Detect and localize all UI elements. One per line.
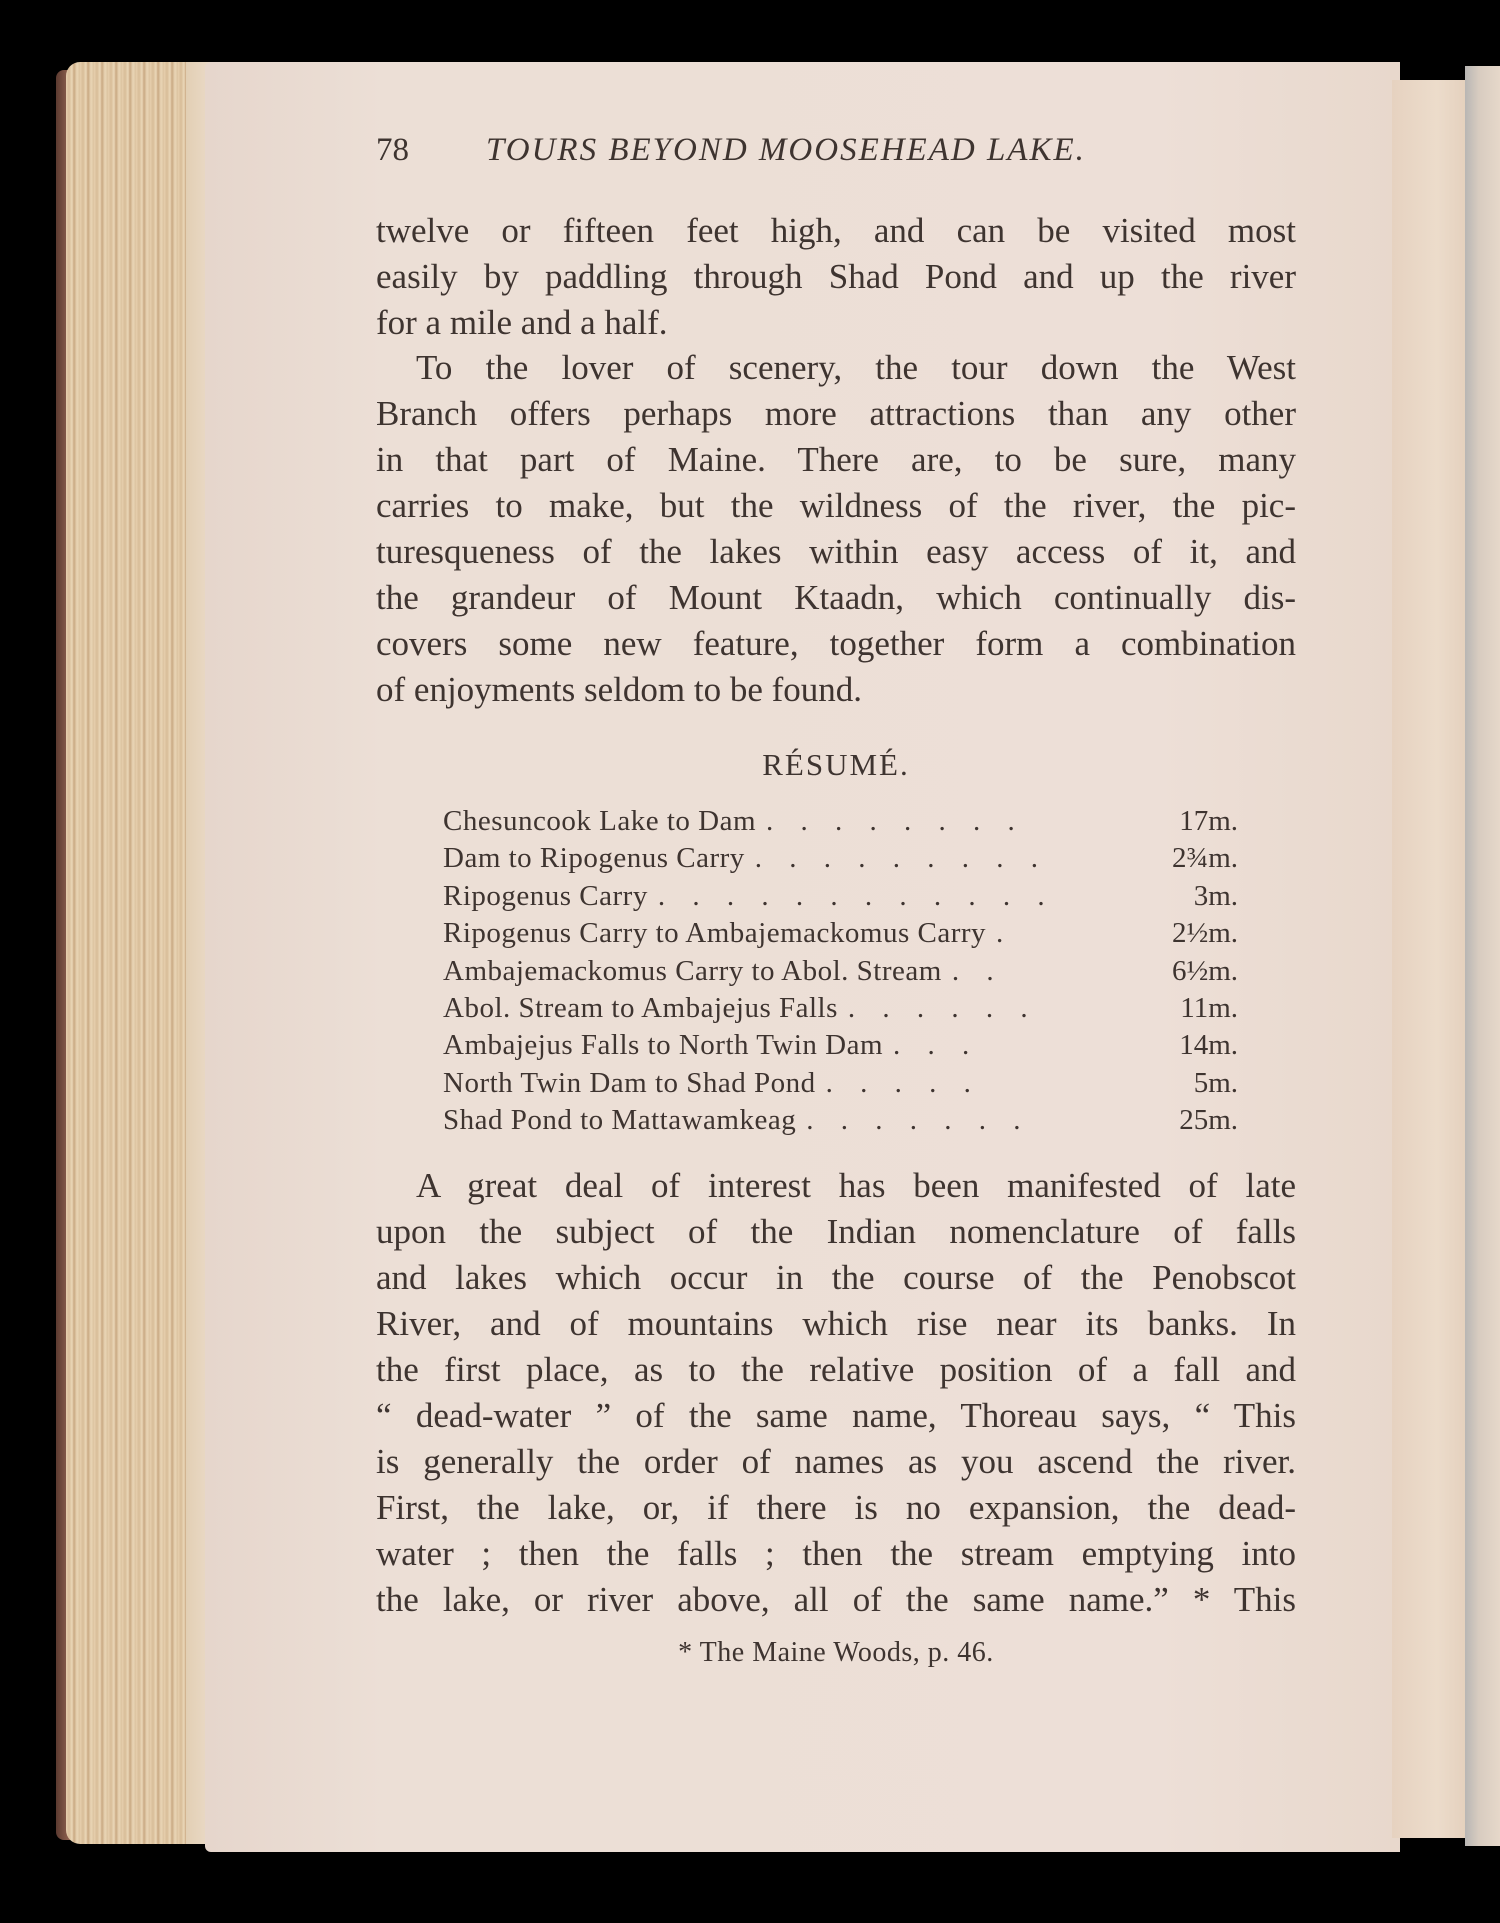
facing-page-edge: [1392, 80, 1467, 1838]
route-name: Ambajejus Falls to North Twin Dam: [443, 1027, 883, 1064]
route-distance: 11m.: [1168, 990, 1238, 1027]
resume-row: North Twin Dam to Shad Pond . . . . . 5m…: [443, 1065, 1238, 1102]
dot-leader: . . .: [883, 1027, 1168, 1064]
dot-leader: . . . . . .: [838, 990, 1168, 1027]
dot-leader: . .: [942, 953, 1168, 990]
text-line: River, and of mountains which rise near …: [376, 1301, 1296, 1347]
resume-row: Shad Pond to Mattawamkeag . . . . . . . …: [443, 1102, 1238, 1139]
text-line: First, the lake, or, if there is no expa…: [376, 1485, 1296, 1531]
text-line: the grandeur of Mount Ktaadn, which cont…: [376, 575, 1296, 621]
route-distance: 5m.: [1168, 1065, 1238, 1102]
resume-row: Dam to Ripogenus Carry . . . . . . . . .…: [443, 840, 1238, 877]
page-stack-edges: [66, 62, 216, 1844]
footnote: * The Maine Woods, p. 46.: [376, 1635, 1296, 1671]
facing-page-stack: [1465, 66, 1500, 1846]
route-distance: 6½m.: [1168, 953, 1238, 990]
route-name: Ripogenus Carry to Ambajemackomus Carry: [443, 915, 986, 952]
paragraph-2: To the lover of scenery, the tour down t…: [376, 345, 1296, 713]
dot-leader: .: [986, 915, 1168, 952]
text-line: in that part of Maine. There are, to be …: [376, 437, 1296, 483]
text-line: and lakes which occur in the course of t…: [376, 1255, 1296, 1301]
text-line: the first place, as to the relative posi…: [376, 1347, 1296, 1393]
text-line: the lake, or river above, all of the sam…: [376, 1577, 1296, 1623]
dot-leader: . . . . . . . .: [756, 803, 1168, 840]
route-name: Chesuncook Lake to Dam: [443, 803, 756, 840]
text-line: easily by paddling through Shad Pond and…: [376, 254, 1296, 300]
dot-leader: . . . . . . . . . . . .: [648, 878, 1168, 915]
text-line: Branch offers perhaps more attractions t…: [376, 391, 1296, 437]
route-distance: 2¾m.: [1168, 840, 1238, 877]
resume-row: Ambajemackomus Carry to Abol. Stream . .…: [443, 953, 1238, 990]
text-line: turesqueness of the lakes within easy ac…: [376, 529, 1296, 575]
route-name: Ripogenus Carry: [443, 878, 648, 915]
route-distance: 17m.: [1168, 803, 1238, 840]
route-name: Dam to Ripogenus Carry: [443, 840, 745, 877]
resume-row: Chesuncook Lake to Dam . . . . . . . . 1…: [443, 803, 1238, 840]
text-line: is generally the order of names as you a…: [376, 1439, 1296, 1485]
route-distance: 2½m.: [1168, 915, 1238, 952]
dot-leader: . . . . .: [816, 1065, 1168, 1102]
resume-heading: RÉSUMÉ.: [376, 745, 1296, 785]
running-head: 78 TOURS BEYOND MOOSEHEAD LAKE.: [376, 130, 1226, 170]
resume-row: Ripogenus Carry to Ambajemackomus Carry …: [443, 915, 1238, 952]
route-distance: 3m.: [1168, 878, 1238, 915]
page-number: 78: [376, 130, 409, 170]
text-line: “ dead-water ” of the same name, Thoreau…: [376, 1393, 1296, 1439]
route-name: Abol. Stream to Ambajejus Falls: [443, 990, 838, 1027]
text-line: covers some new feature, together form a…: [376, 621, 1296, 667]
route-name: Shad Pond to Mattawamkeag: [443, 1102, 796, 1139]
text-line: twelve or fifteen feet high, and can be …: [376, 208, 1296, 254]
resume-row: Abol. Stream to Ambajejus Falls . . . . …: [443, 990, 1238, 1027]
paragraph-1: twelve or fifteen feet high, and can be …: [376, 208, 1296, 346]
resume-table: Chesuncook Lake to Dam . . . . . . . . 1…: [443, 803, 1238, 1140]
dot-leader: . . . . . . . . .: [745, 840, 1168, 877]
text-line: upon the subject of the Indian nomenclat…: [376, 1209, 1296, 1255]
route-distance: 14m.: [1168, 1027, 1238, 1064]
text-line: for a mile and a half.: [376, 300, 1296, 346]
resume-row: Ambajejus Falls to North Twin Dam . . . …: [443, 1027, 1238, 1064]
running-head-title: TOURS BEYOND MOOSEHEAD LAKE.: [486, 130, 1086, 170]
route-name: Ambajemackomus Carry to Abol. Stream: [443, 953, 942, 990]
text-line: carries to make, but the wildness of the…: [376, 483, 1296, 529]
paragraph-3: A great deal of interest has been manife…: [376, 1163, 1296, 1623]
text-line: water ; then the falls ; then the stream…: [376, 1531, 1296, 1577]
dot-leader: . . . . . . .: [796, 1102, 1168, 1139]
route-distance: 25m.: [1168, 1102, 1238, 1139]
text-line: A great deal of interest has been manife…: [376, 1163, 1296, 1209]
text-line: of enjoyments seldom to be found.: [376, 667, 1296, 713]
resume-row: Ripogenus Carry . . . . . . . . . . . . …: [443, 878, 1238, 915]
text-line: To the lover of scenery, the tour down t…: [376, 345, 1296, 391]
route-name: North Twin Dam to Shad Pond: [443, 1065, 816, 1102]
